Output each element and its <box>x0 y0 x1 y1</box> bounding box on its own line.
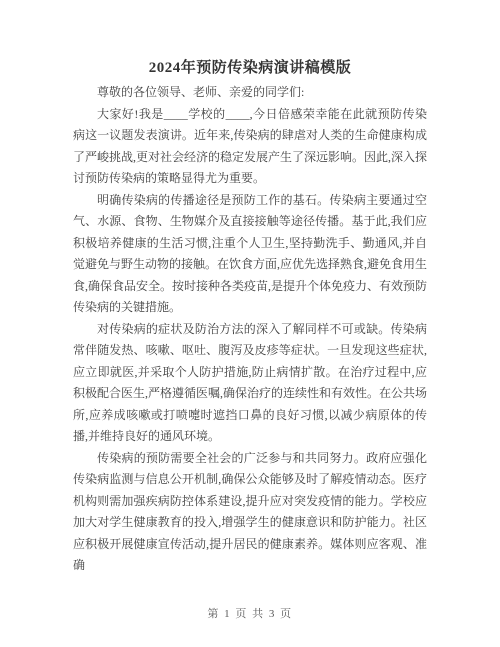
paragraph-social-participation: 传染病的预防需要全社会的广泛参与和共同努力。政府应强化传染病监测与信息公开机制,… <box>73 448 427 577</box>
paragraph-symptoms-treatment: 对传染病的症状及防治方法的深入了解同样不可或缺。传染病常伴随发热、咳嗽、呕吐、腹… <box>73 319 427 448</box>
document-page: 2024年预防传染病演讲稿模版 尊敬的各位领导、老师、亲爱的同学们: 大家好!我… <box>0 0 500 647</box>
document-title: 2024年预防传染病演讲稿模版 <box>0 56 500 77</box>
salutation-line: 尊敬的各位领导、老师、亲爱的同学们: <box>73 82 427 104</box>
paragraph-introduction: 大家好!我是____学校的____,今日倍感荣幸能在此就预防传染病这一议题发表演… <box>73 104 427 190</box>
document-body: 尊敬的各位领导、老师、亲爱的同学们: 大家好!我是____学校的____,今日倍… <box>73 82 427 577</box>
paragraph-transmission-routes: 明确传染病的传播途径是预防工作的基石。传染病主要通过空气、水源、食物、生物媒介及… <box>73 190 427 319</box>
page-number-footer: 第 1 页 共 3 页 <box>0 605 500 621</box>
